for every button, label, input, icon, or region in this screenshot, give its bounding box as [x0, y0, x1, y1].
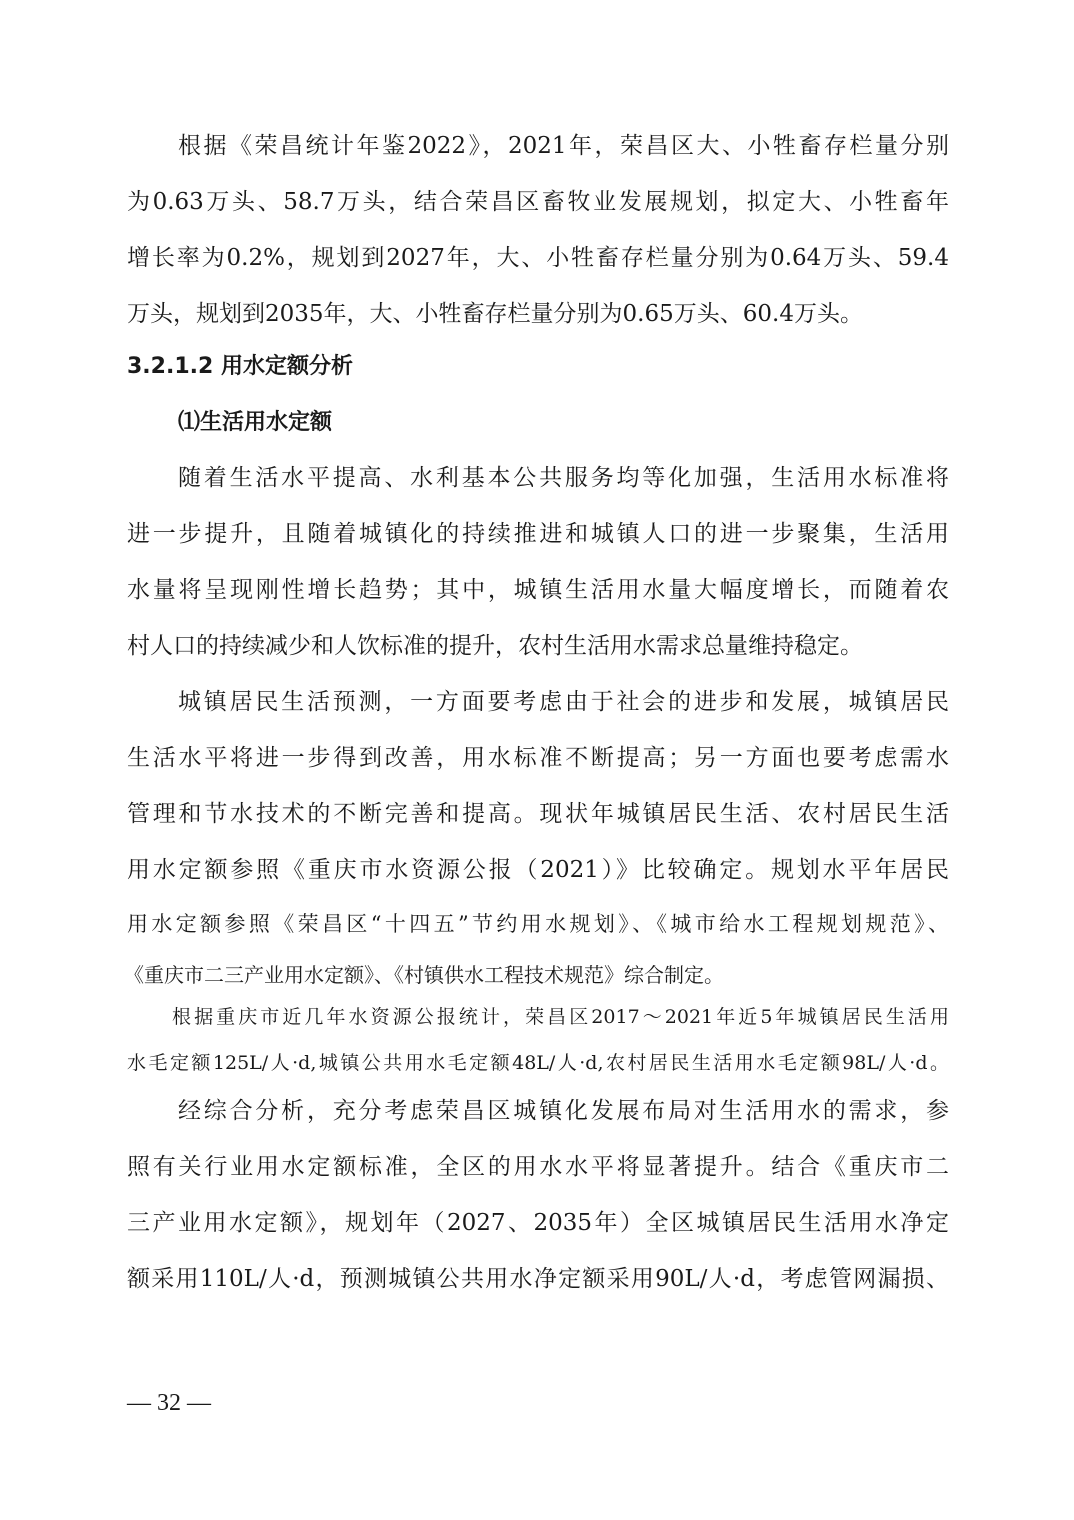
paragraph-line: 《重庆市二三产业用水定额》、《村镇供水工程技术规范》综合制定。: [124, 960, 946, 990]
document-page: 根据《荣昌统计年鉴2022》，2021年，荣昌区大、小牲畜存栏量分别 为0.63…: [0, 0, 1074, 1520]
page-number: — 32 —: [127, 1388, 211, 1418]
paragraph-line: 根据重庆市近几年水资源公报统计，荣昌区2017～2021年近5年城镇居民生活用: [172, 1002, 949, 1032]
paragraph-line: 照有关行业用水定额标准，全区的用水水平将显著提升。结合《重庆市二: [127, 1152, 949, 1182]
paragraph-line: 万头，规划到2035年，大、小牲畜存栏量分别为0.65万头、60.4万头。: [127, 299, 949, 329]
paragraph-line: 水毛定额125L/人·d,城镇公共用水毛定额48L/人·d,农村居民生活用水毛定…: [127, 1048, 949, 1078]
paragraph-line: 额采用110L/人·d，预测城镇公共用水净定额采用90L/人·d，考虑管网漏损、: [127, 1264, 949, 1294]
paragraph-line: 根据《荣昌统计年鉴2022》，2021年，荣昌区大、小牲畜存栏量分别: [178, 131, 949, 161]
paragraph-line: 城镇居民生活预测，一方面要考虑由于社会的进步和发展，城镇居民: [178, 687, 949, 717]
paragraph-line: 为0.63万头、58.7万头，结合荣昌区畜牧业发展规划，拟定大、小牲畜年: [127, 187, 949, 217]
section-heading: 3.2.1.2 用水定额分析: [127, 352, 353, 382]
paragraph-line: 三产业用水定额》，规划年（2027、2035年）全区城镇居民生活用水净定: [127, 1208, 949, 1238]
paragraph-line: 进一步提升，且随着城镇化的持续推进和城镇人口的进一步聚集，生活用: [127, 519, 949, 549]
paragraph-line: 水量将呈现刚性增长趋势；其中，城镇生活用水量大幅度增长，而随着农: [127, 575, 949, 605]
paragraph-line: 用水定额参照《荣昌区“十四五”节约用水规划》、《城市给水工程规划规范》、: [127, 909, 949, 939]
paragraph-line: 生活水平将进一步得到改善，用水标准不断提高；另一方面也要考虑需水: [127, 743, 949, 773]
paragraph-line: 随着生活水平提高、水利基本公共服务均等化加强，生活用水标准将: [178, 463, 949, 493]
subsection-heading: ⑴生活用水定额: [178, 408, 332, 438]
paragraph-line: 用水定额参照《重庆市水资源公报（2021）》比较确定。规划水平年居民: [127, 855, 949, 885]
paragraph-line: 管理和节水技术的不断完善和提高。现状年城镇居民生活、农村居民生活: [127, 799, 949, 829]
paragraph-line: 村人口的持续减少和人饮标准的提升，农村生活用水需求总量维持稳定。: [127, 631, 949, 661]
paragraph-line: 经综合分析，充分考虑荣昌区城镇化发展布局对生活用水的需求，参: [178, 1096, 949, 1126]
paragraph-line: 增长率为0.2%，规划到2027年，大、小牲畜存栏量分别为0.64万头、59.4: [127, 243, 949, 273]
